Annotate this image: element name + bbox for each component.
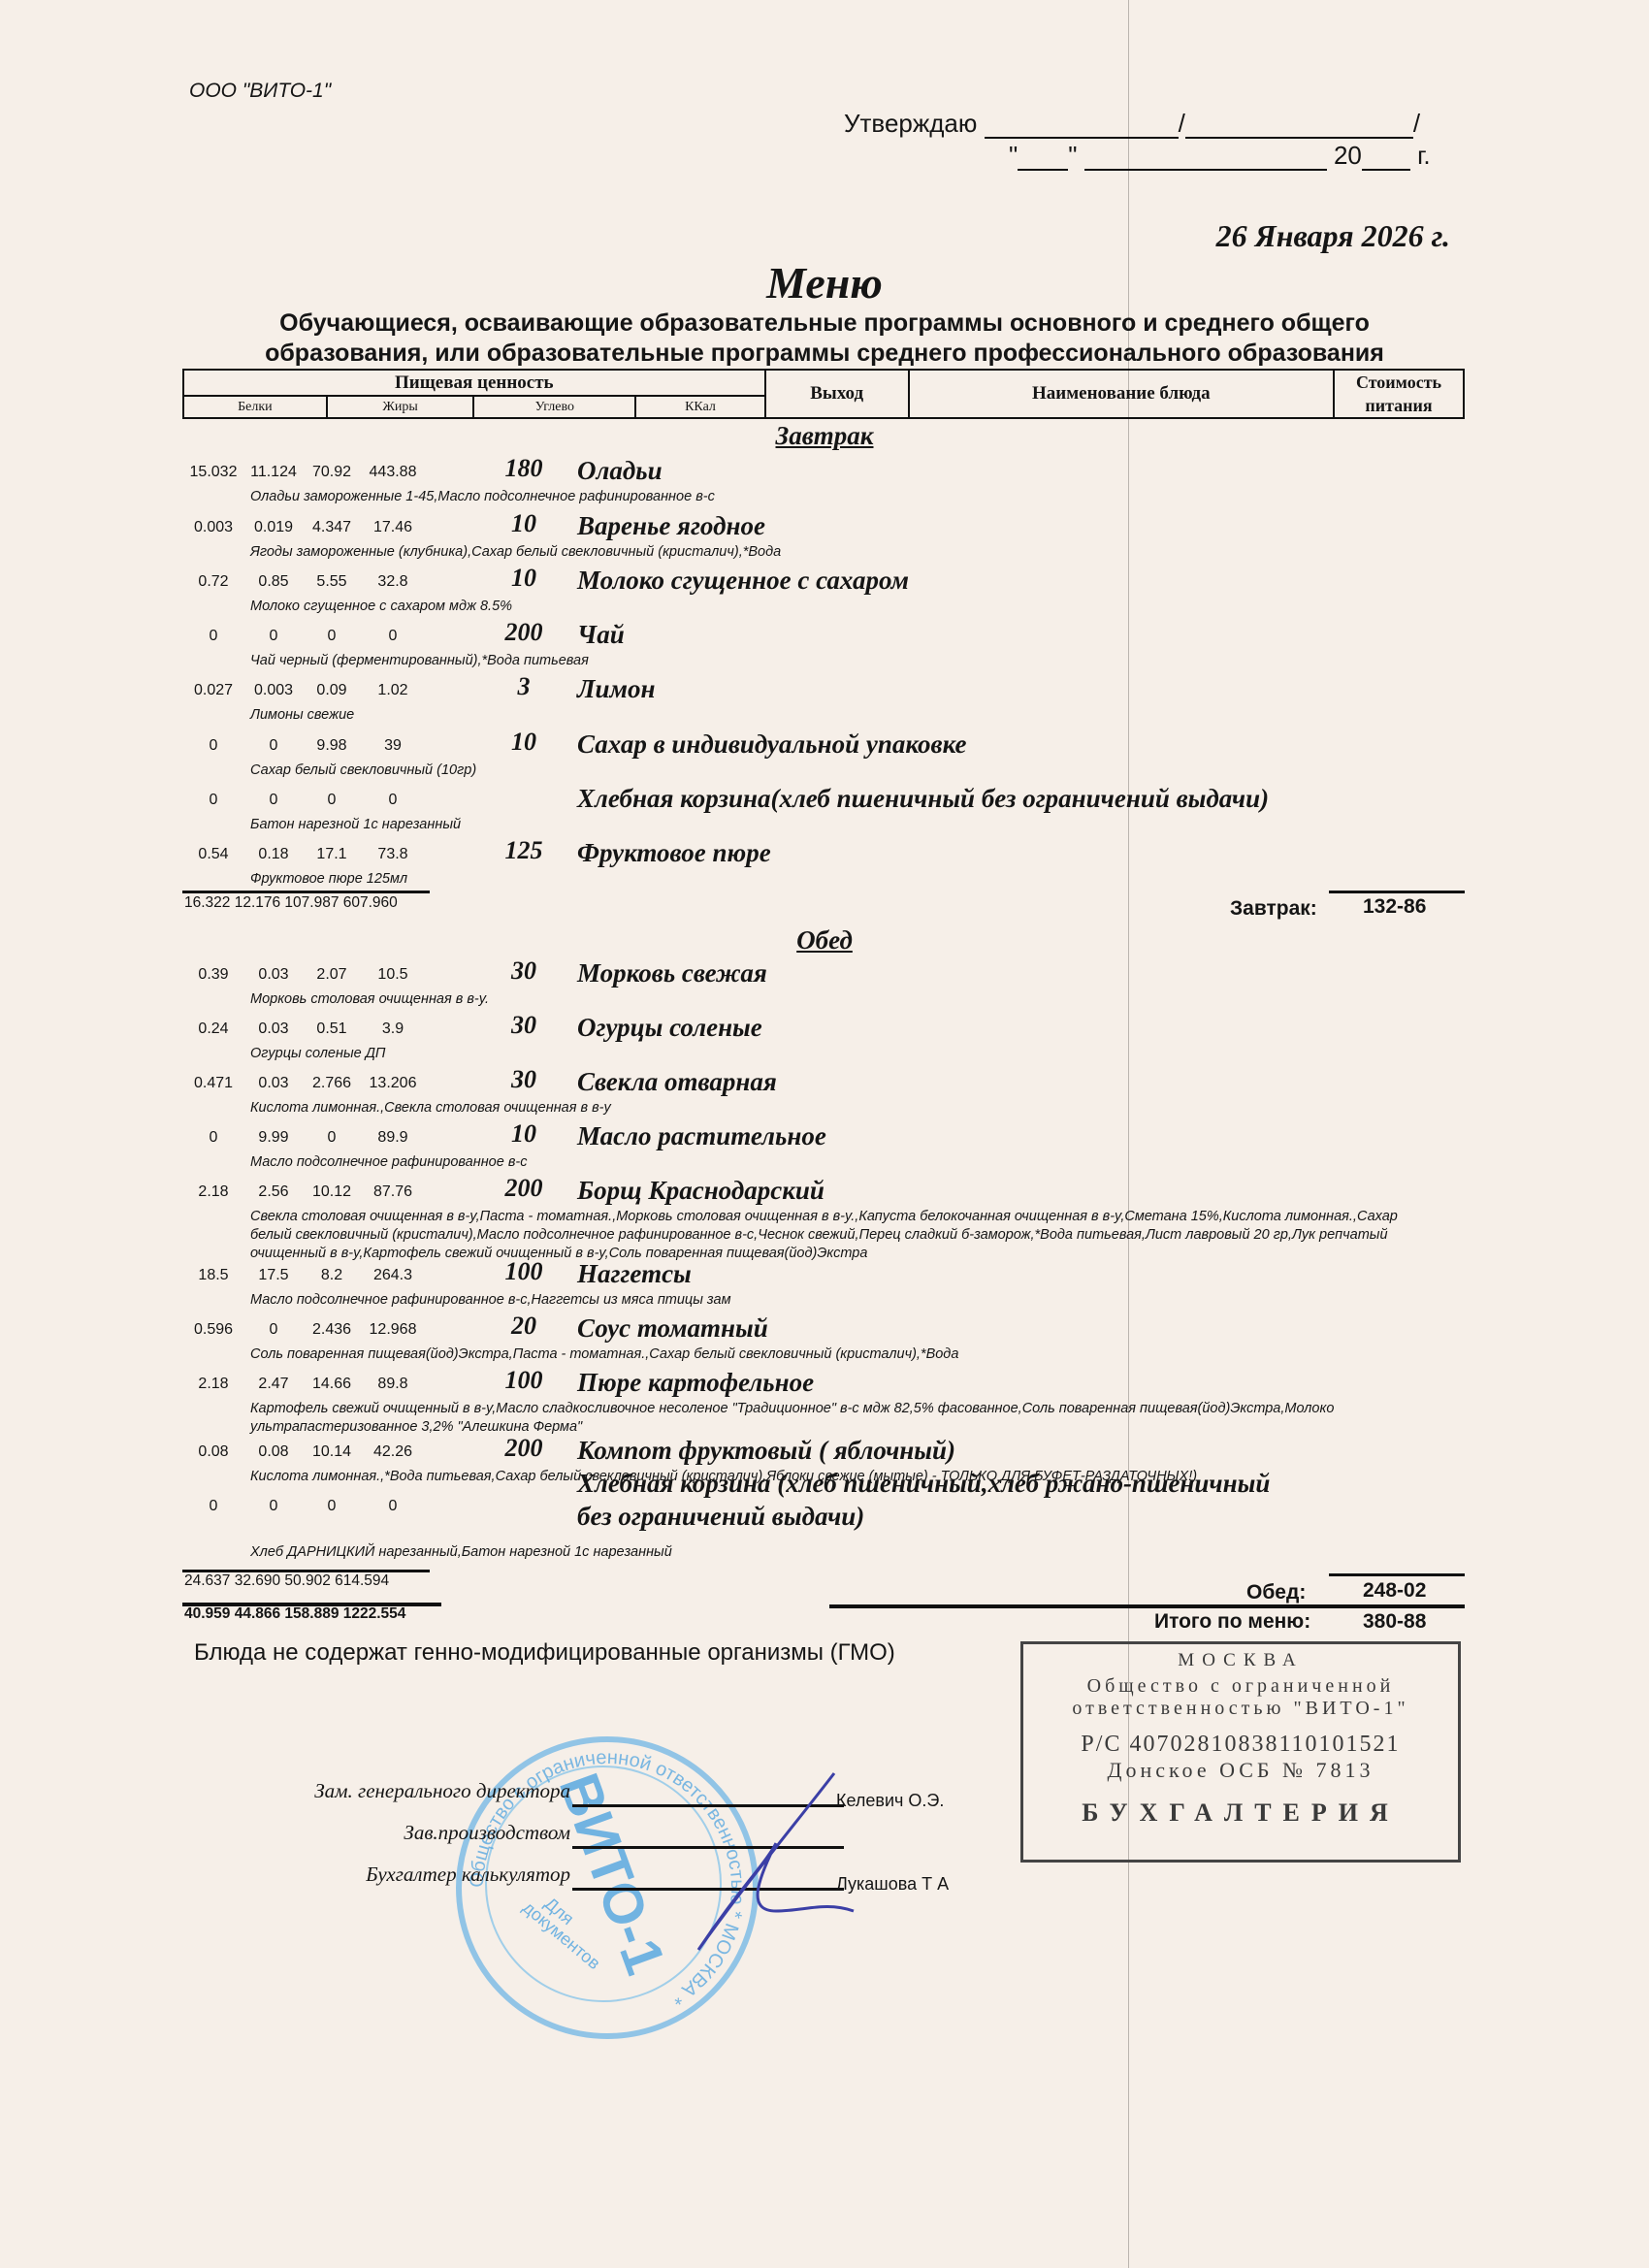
dish-name: Наггетсы (577, 1257, 692, 1290)
dish-ingredients: Оладьи замороженные 1-45,Масло подсолнеч… (250, 488, 1414, 506)
dish-yield: 100 (466, 1366, 582, 1395)
nutrition-c: 14.66 (303, 1376, 361, 1393)
dish-name-line: без ограничений выдачи) (577, 1500, 1270, 1533)
breakfast-totals-rule (182, 891, 430, 893)
nutrition-f: 0.03 (244, 966, 303, 984)
dish-name: Лимон (577, 672, 656, 705)
dish-ingredients: Морковь столовая очищенная в в-у. (250, 990, 1414, 1009)
nutrition-k: 42.26 (364, 1443, 422, 1461)
nutrition-c: 2.436 (303, 1321, 361, 1339)
dish-yield: 10 (466, 509, 582, 538)
separator: / (1413, 109, 1420, 138)
menu-date: 26 Января 2026 г. (1216, 218, 1450, 254)
nutrition-k: 12.968 (364, 1321, 422, 1339)
dish-ingredients: Сахар белый свекловичный (10гр) (250, 761, 1414, 780)
breakfast-sum-rule (1329, 891, 1465, 893)
name-blank (1185, 115, 1413, 139)
dish-yield: 20 (466, 1312, 582, 1341)
signature-role: Зав.производством (221, 1821, 570, 1845)
nutrition-f: 0 (244, 628, 303, 645)
dish-ingredients: Огурцы соленые ДП (250, 1045, 1414, 1063)
nutrition-k: 0 (364, 1498, 422, 1515)
dish-name: Оладьи (577, 454, 663, 487)
dish-ingredients: Масло подсолнечное рафинированное в-с,На… (250, 1291, 1414, 1310)
nutrition-k: 443.88 (364, 464, 422, 481)
header-cost-line: питания (1335, 394, 1463, 417)
nutrition-k: 73.8 (364, 846, 422, 863)
dish-name: Свекла отварная (577, 1065, 777, 1098)
dish-yield: 125 (466, 836, 582, 865)
dish-name: Сахар в индивидуальной упаковке (577, 728, 966, 761)
organization-name: ООО "ВИТО-1" (189, 80, 331, 103)
nutrition-k: 1.02 (364, 682, 422, 699)
lunch-sum-label: Обед: (1246, 1581, 1306, 1604)
dish-yield: 30 (466, 956, 582, 986)
dish-ingredients: Ягоды замороженные (клубника),Сахар белы… (250, 543, 1414, 562)
header-dish-name: Наименование блюда (909, 370, 1334, 418)
dish-ingredients: Свекла столовая очищенная в в-у,Паста - … (250, 1208, 1414, 1263)
nutrition-f: 0.85 (244, 573, 303, 591)
nutrition-c: 0 (303, 1498, 361, 1515)
dish-name: Молоко сгущенное с сахаром (577, 564, 909, 597)
grand-sum-rule (829, 1604, 1465, 1608)
dish-yield: 10 (466, 564, 582, 593)
header-cost: Стоимость питания (1334, 370, 1464, 418)
header-carbs: Углево (473, 396, 635, 418)
nutrition-p: 0.027 (184, 682, 242, 699)
nutrition-p: 0.54 (184, 846, 242, 863)
nutrition-p: 0.24 (184, 1021, 242, 1038)
breakfast-totals: 16.322 12.176 107.987 607.960 (184, 894, 398, 912)
dish-yield: 3 (466, 672, 582, 701)
dish-yield: 100 (466, 1257, 582, 1286)
subtitle-line: Обучающиеся, осваивающие образовательные… (223, 308, 1426, 339)
nutrition-p: 2.18 (184, 1376, 242, 1393)
nutrition-f: 9.99 (244, 1129, 303, 1147)
stamp-line: БУХГАЛТЕРИЯ (1023, 1798, 1458, 1828)
day-blank (1018, 146, 1068, 171)
dish-ingredients: Лимоны свежие (250, 706, 1414, 725)
dish-ingredients: Чай черный (ферментированный),*Вода пить… (250, 652, 1414, 670)
dish-ingredients: Батон нарезной 1с нарезанный (250, 816, 1414, 834)
page-subtitle: Обучающиеся, осваивающие образовательные… (223, 308, 1426, 369)
dish-yield: 30 (466, 1065, 582, 1094)
dish-yield: 200 (466, 1174, 582, 1203)
approve-label: Утверждаю (844, 109, 977, 138)
nutrition-f: 2.47 (244, 1376, 303, 1393)
dish-name: Пюре картофельное (577, 1366, 814, 1399)
nutrition-f: 2.56 (244, 1183, 303, 1201)
nutrition-k: 89.8 (364, 1376, 422, 1393)
nutrition-k: 89.9 (364, 1129, 422, 1147)
header-nutrition: Пищевая ценность (183, 370, 765, 396)
nutrition-k: 32.8 (364, 573, 422, 591)
dish-yield: 200 (466, 1434, 582, 1463)
breakfast-sum-label: Завтрак: (1230, 897, 1317, 921)
nutrition-p: 0.39 (184, 966, 242, 984)
dish-name: Хлебная корзина (хлеб пшеничный,хлеб ржа… (577, 1467, 1270, 1533)
nutrition-c: 0 (303, 1129, 361, 1147)
stamp-line: ответственностью "ВИТО-1" (1023, 1698, 1458, 1720)
header-proteins: Белки (183, 396, 327, 418)
lunch-totals: 24.637 32.690 50.902 614.594 (184, 1572, 389, 1590)
nutrition-p: 0.08 (184, 1443, 242, 1461)
nutrition-c: 0.51 (303, 1021, 361, 1038)
nutrition-k: 10.5 (364, 966, 422, 984)
nutrition-f: 0.03 (244, 1075, 303, 1092)
stamp-line: Общество с ограниченной (1023, 1675, 1458, 1698)
rectangular-stamp: МОСКВА Общество с ограниченной ответстве… (1020, 1641, 1461, 1863)
grand-sum-value: 380-88 (1363, 1610, 1426, 1634)
nutrition-c: 10.12 (303, 1183, 361, 1201)
approval-date-line: "" 20 г. (1009, 141, 1431, 171)
quote: " (1009, 141, 1018, 170)
dish-name: Огурцы соленые (577, 1011, 762, 1044)
nutrition-p: 2.18 (184, 1183, 242, 1201)
nutrition-c: 2.766 (303, 1075, 361, 1092)
nutrition-c: 0 (303, 792, 361, 809)
quote: " (1068, 141, 1077, 170)
nutrition-f: 0 (244, 792, 303, 809)
dish-ingredients: Картофель свежий очищенный в в-у,Масло с… (250, 1400, 1414, 1437)
nutrition-f: 0 (244, 1498, 303, 1515)
nutrition-c: 0 (303, 628, 361, 645)
nutrition-p: 0.72 (184, 573, 242, 591)
dish-name: Чай (577, 618, 625, 651)
nutrition-p: 0.003 (184, 519, 242, 536)
month-blank (1084, 146, 1327, 171)
nutrition-k: 3.9 (364, 1021, 422, 1038)
nutrition-c: 70.92 (303, 464, 361, 481)
header-cost-line: Стоимость (1335, 371, 1463, 394)
nutrition-k: 39 (364, 737, 422, 755)
dish-name: Хлебная корзина(хлеб пшеничный без огран… (577, 782, 1269, 815)
nutrition-c: 17.1 (303, 846, 361, 863)
stamp-line: Донское ОСБ № 7813 (1023, 1758, 1458, 1783)
nutrition-f: 0.18 (244, 846, 303, 863)
nutrition-f: 11.124 (244, 464, 303, 481)
approval-line: Утверждаю // (844, 109, 1420, 139)
nutrition-f: 0.03 (244, 1021, 303, 1038)
nutrition-p: 0 (184, 737, 242, 755)
nutrition-c: 8.2 (303, 1267, 361, 1284)
dish-yield: 200 (466, 618, 582, 647)
dish-ingredients: Хлеб ДАРНИЦКИЙ нарезанный,Батон нарезной… (250, 1543, 1414, 1562)
dish-yield: 180 (466, 454, 582, 483)
lunch-sum-value: 248-02 (1363, 1579, 1426, 1603)
grand-totals: 40.959 44.866 158.889 1222.554 (184, 1605, 405, 1623)
year-suffix: г. (1417, 141, 1431, 170)
nutrition-f: 0.08 (244, 1443, 303, 1461)
dish-name: Фруктовое пюре (577, 836, 771, 869)
gmo-note: Блюда не содержат генно-модифицированные… (194, 1639, 895, 1667)
dish-ingredients: Фруктовое пюре 125мл (250, 870, 1414, 889)
signature-role: Бухгалтер калькулятор (221, 1863, 570, 1887)
lunch-sum-rule (1329, 1573, 1465, 1576)
nutrition-c: 4.347 (303, 519, 361, 536)
dish-name: Соус томатный (577, 1312, 768, 1345)
dish-yield: 30 (466, 1011, 582, 1040)
nutrition-c: 2.07 (303, 966, 361, 984)
grand-sum-label: Итого по меню: (1154, 1610, 1310, 1634)
year-prefix: 20 (1334, 141, 1362, 170)
dish-name: Компот фруктовый ( яблочный) (577, 1434, 955, 1467)
dish-ingredients: Молоко сгущенное с сахаром мдж 8.5% (250, 598, 1414, 616)
nutrition-f: 0.003 (244, 682, 303, 699)
dish-yield: 10 (466, 1119, 582, 1149)
nutrition-k: 87.76 (364, 1183, 422, 1201)
nutrition-c: 0.09 (303, 682, 361, 699)
year-blank (1362, 146, 1410, 171)
dish-name: Варенье ягодное (577, 509, 765, 542)
nutrition-p: 0 (184, 792, 242, 809)
stamp-line: Р/С 40702810838110101521 (1023, 1732, 1458, 1758)
dish-name: Масло растительное (577, 1119, 826, 1152)
nutrition-k: 13.206 (364, 1075, 422, 1092)
nutrition-p: 0.596 (184, 1321, 242, 1339)
header-yield: Выход (765, 370, 909, 418)
dish-name: Борщ Краснодарский (577, 1174, 824, 1207)
nutrition-f: 0 (244, 737, 303, 755)
table-header: Пищевая ценность Выход Наименование блюд… (182, 369, 1465, 419)
dish-ingredients: Масло подсолнечное рафинированное в-с (250, 1153, 1414, 1172)
dish-ingredients: Соль поваренная пищевая(йод)Экстра,Паста… (250, 1345, 1414, 1364)
header-kcal: ККал (635, 396, 764, 418)
handwritten-signature (630, 1766, 873, 1960)
dish-ingredients: Кислота лимонная.,Свекла столовая очищен… (250, 1099, 1414, 1118)
nutrition-p: 18.5 (184, 1267, 242, 1284)
breakfast-sum-value: 132-86 (1363, 895, 1426, 919)
nutrition-c: 5.55 (303, 573, 361, 591)
stamp-line: МОСКВА (1023, 1650, 1458, 1671)
subtitle-line: образования, или образовательные програм… (223, 339, 1426, 369)
nutrition-f: 0.019 (244, 519, 303, 536)
nutrition-p: 15.032 (184, 464, 242, 481)
nutrition-p: 0 (184, 1498, 242, 1515)
dish-name-line: Хлебная корзина (хлеб пшеничный,хлеб ржа… (577, 1467, 1270, 1500)
page-title: Меню (0, 257, 1649, 308)
nutrition-p: 0 (184, 1129, 242, 1147)
nutrition-p: 0.471 (184, 1075, 242, 1092)
nutrition-c: 9.98 (303, 737, 361, 755)
nutrition-k: 17.46 (364, 519, 422, 536)
nutrition-p: 0 (184, 628, 242, 645)
signature-role: Зам. генерального директора (221, 1779, 570, 1803)
section-lunch-title: Обед (0, 925, 1649, 956)
separator: / (1179, 109, 1185, 138)
nutrition-k: 0 (364, 628, 422, 645)
nutrition-c: 10.14 (303, 1443, 361, 1461)
header-fats: Жиры (327, 396, 473, 418)
dish-name: Морковь свежая (577, 956, 767, 989)
section-breakfast-title: Завтрак (0, 421, 1649, 451)
nutrition-f: 17.5 (244, 1267, 303, 1284)
signature-blank (985, 115, 1179, 139)
nutrition-f: 0 (244, 1321, 303, 1339)
nutrition-k: 0 (364, 792, 422, 809)
nutrition-k: 264.3 (364, 1267, 422, 1284)
dish-yield: 10 (466, 728, 582, 757)
